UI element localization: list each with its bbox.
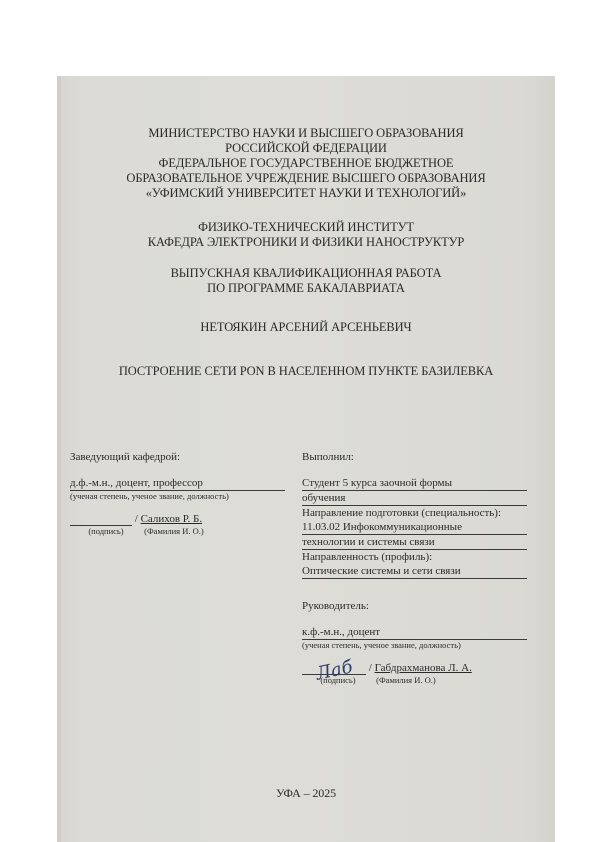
student-line1: Студент 5 курса заочной формы [302, 476, 527, 491]
header-line: «УФИМСКИЙ УНИВЕРСИТЕТ НАУКИ И ТЕХНОЛОГИЙ… [57, 186, 555, 201]
institute-name: ФИЗИКО-ТЕХНИЧЕСКИЙ ИНСТИТУТ [57, 220, 555, 235]
supervisor-name-caption: (Фамилия И. О.) [376, 675, 436, 685]
supervisor-name: Габдрахманова Л. А. [375, 662, 472, 674]
author-name: НЕТОЯКИН АРСЕНИЙ АРСЕНЬЕВИЧ [57, 320, 555, 335]
city-year: УФА – 2025 [57, 786, 555, 801]
department-name: КАФЕДРА ЭЛЕКТРОНИКИ И ФИЗИКИ НАНОСТРУКТУ… [57, 235, 555, 250]
supervisor-degree: к.ф.-м.н., доцент [302, 625, 527, 640]
direction-label: Направление подготовки (специальность): [302, 506, 527, 520]
head-name: Салихов Р. Б. [141, 513, 203, 525]
institute-block: ФИЗИКО-ТЕХНИЧЕСКИЙ ИНСТИТУТ КАФЕДРА ЭЛЕК… [57, 220, 555, 250]
header-line: МИНИСТЕРСТВО НАУКИ И ВЫСШЕГО ОБРАЗОВАНИЯ [57, 126, 555, 141]
supervisor-label: Руководитель: [302, 599, 527, 613]
head-signature-caption: (подпись) [70, 526, 142, 537]
head-separator: / [135, 513, 138, 525]
header-line: ОБРАЗОВАТЕЛЬНОЕ УЧРЕЖДЕНИЕ ВЫСШЕГО ОБРАЗ… [57, 171, 555, 186]
work-type-block: ВЫПУСКНАЯ КВАЛИФИКАЦИОННАЯ РАБОТА ПО ПРО… [57, 266, 555, 296]
head-name-caption: (Фамилия И. О.) [144, 526, 204, 536]
ministry-header: МИНИСТЕРСТВО НАУКИ И ВЫСШЕГО ОБРАЗОВАНИЯ… [57, 126, 555, 201]
performer-label: Выполнил: [302, 450, 527, 464]
head-signature-line [70, 513, 132, 526]
head-of-department-block: Заведующий кафедрой: д.ф.-м.н., доцент, … [70, 450, 285, 537]
work-type-line1: ВЫПУСКНАЯ КВАЛИФИКАЦИОННАЯ РАБОТА [57, 266, 555, 281]
direction-line2: технологии и системы связи [302, 535, 527, 550]
student-line2: обучения [302, 491, 527, 506]
head-label: Заведующий кафедрой: [70, 450, 285, 464]
header-line: РОССИЙСКОЙ ФЕДЕРАЦИИ [57, 141, 555, 156]
profile-label: Направленность (профиль): [302, 550, 527, 564]
header-line: ФЕДЕРАЛЬНОЕ ГОСУДАРСТВЕННОЕ БЮДЖЕТНОЕ [57, 156, 555, 171]
head-degree-caption: (ученая степень, ученое звание, должност… [70, 491, 285, 502]
work-title: ПОСТРОЕНИЕ СЕТИ PON В НАСЕЛЕННОМ ПУНКТЕ … [57, 364, 555, 379]
direction-line1: 11.03.02 Инфокоммуникационные [302, 520, 527, 535]
head-degree: д.ф.-м.н., доцент, профессор [70, 476, 285, 491]
supervisor-degree-caption: (ученая степень, ученое звание, должност… [302, 640, 527, 651]
performer-block: Выполнил: Студент 5 курса заочной формы … [302, 450, 527, 579]
profile-value: Оптические системы и сети связи [302, 564, 527, 579]
supervisor-separator: / [369, 662, 372, 674]
work-type-line2: ПО ПРОГРАММЕ БАКАЛАВРИАТА [57, 281, 555, 296]
